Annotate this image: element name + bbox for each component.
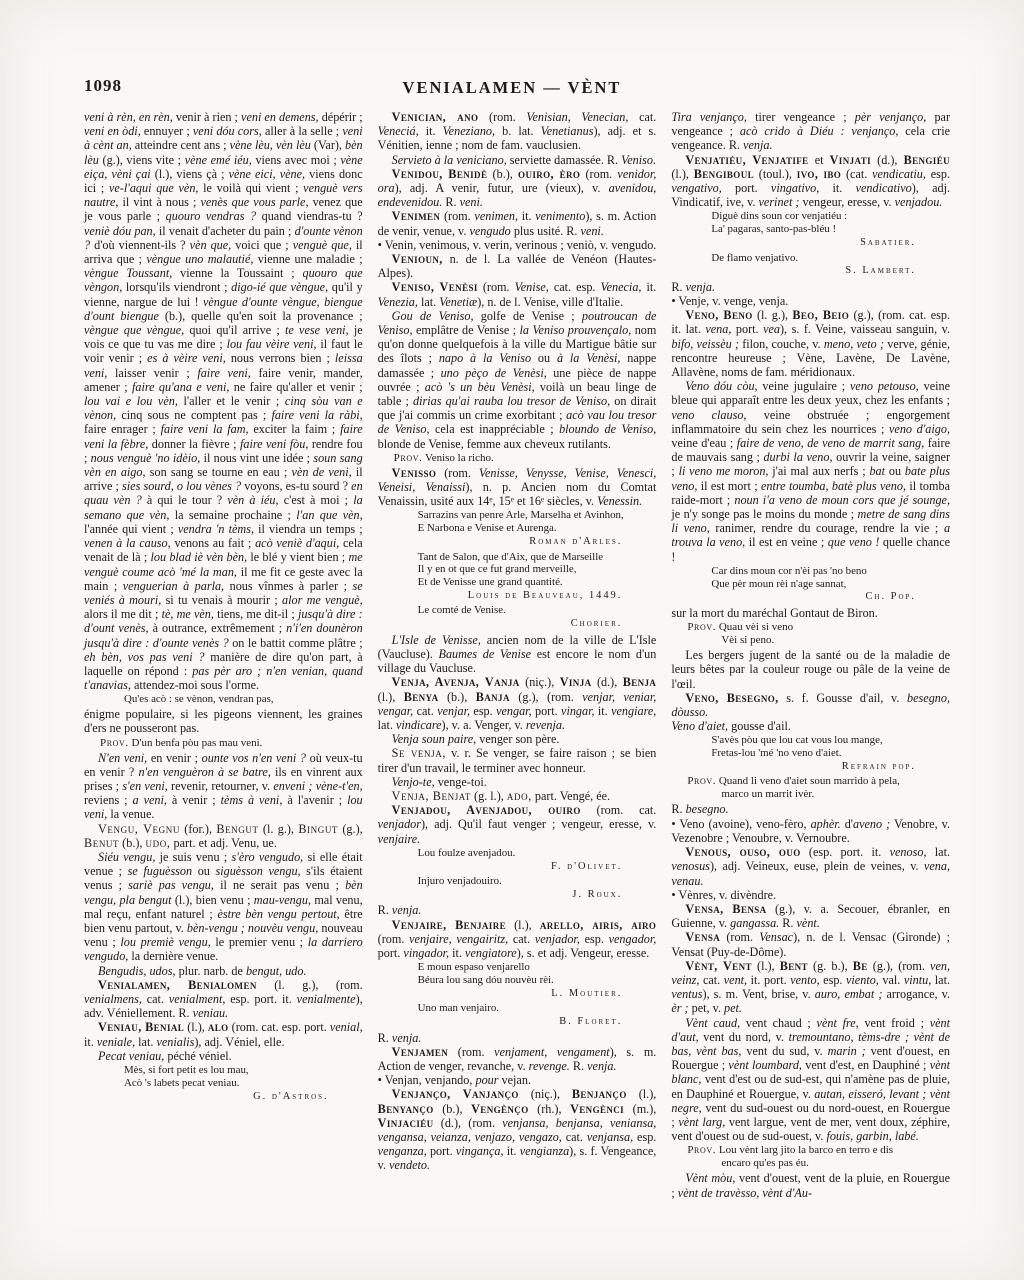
attribution: Sabatier. xyxy=(671,237,916,250)
paragraph: R. venja. xyxy=(671,280,950,294)
paragraph: Venjadou, Avenjadou, ouiro (rom. cat. ve… xyxy=(378,803,657,846)
verse-quote: Injuro venjadouiro. xyxy=(418,875,657,888)
paragraph: Venician, ano (rom. Venisian, Venecian, … xyxy=(378,110,657,153)
paragraph: Venimen (rom. venimen, it. venimento), s… xyxy=(378,209,657,237)
paragraph: sur la mort du maréchal Gontaut de Biron… xyxy=(671,606,950,620)
paragraph: Bengudis, udos, plur. narb. de bengut, u… xyxy=(84,964,363,978)
attribution: Louis de Beauveau, 1449. xyxy=(378,590,623,603)
paragraph: R. venja. xyxy=(378,903,657,917)
proverb: Prov. Lou vènt larg jito la barco en ter… xyxy=(687,1144,950,1170)
proverb: Prov. Quand li veno d'aiet soun marrido … xyxy=(687,775,950,801)
column-1: veni à rèn, en rèn, venir à rien ; veni … xyxy=(84,110,363,1200)
paragraph: Venous, ouso, ouo (esp. port. it. venoso… xyxy=(671,845,950,888)
paragraph: Veno d'aiet, gousse d'ail. xyxy=(671,719,950,733)
attribution: L. Moutier. xyxy=(378,988,623,1001)
text-line: Vèi si peno. xyxy=(721,634,950,647)
text-line: La' pagaras, santo-pas-bléu ! xyxy=(711,223,950,236)
verse-quote: Sarrazins van penre Arle, Marselha et Av… xyxy=(418,509,657,535)
text-line: Acò 's labets pecat veniau. xyxy=(124,1077,363,1090)
paragraph: • Venjan, venjando, pour vejan. xyxy=(378,1073,657,1087)
paragraph: Vènt caud, vent chaud ; vènt fre, vent f… xyxy=(671,1016,950,1144)
text-line: encaro qu'es pas éu. xyxy=(721,1157,950,1170)
verse-quote: Lou foulze avenjadou. xyxy=(418,847,657,860)
verse-quote: Qu'es acò : se vènon, vendran pas, xyxy=(124,693,363,706)
attribution: Chorier. xyxy=(378,618,623,631)
paragraph: Veno dóu còu, veine jugulaire ; veno pet… xyxy=(671,379,950,564)
paragraph: Veniau, Benial (l.), alo (rom. cat. esp.… xyxy=(84,1020,363,1048)
paragraph: Venjo-te, venge-toi. xyxy=(378,775,657,789)
attribution: F. d'Olivet. xyxy=(378,861,623,874)
paragraph: Venjamen (rom. venjament, vengament), s.… xyxy=(378,1045,657,1073)
paragraph: Vensa, Bensa (g.), v. a. Secouer, ébranl… xyxy=(671,902,950,930)
column-3: Tira venjanço, tirer vengeance ; pèr ven… xyxy=(671,110,950,1200)
paragraph: • Vènres, v. divèndre. xyxy=(671,888,950,902)
text-line: E Narbona e Venise et Aurenga. xyxy=(418,522,657,535)
paragraph: Venja, Avenja, Vanja (niç.), Vinja (d.),… xyxy=(378,675,657,732)
paragraph: Venioun, n. de l. La vallée de Venéon (H… xyxy=(378,252,657,280)
paragraph: L'Isle de Venisse, ancien nom de la vill… xyxy=(378,633,657,676)
paragraph: Venjaire, Benjaire (l.), arello, airis, … xyxy=(378,918,657,961)
text-line: Prov. Lou vènt larg jito la barco en ter… xyxy=(687,1144,950,1157)
paragraph: Pecat veniau, péché véniel. xyxy=(84,1049,363,1063)
text-line: marco un marrit ivèr. xyxy=(721,788,950,801)
paragraph: Siéu vengu, je suis venu ; s'èro vengudo… xyxy=(84,850,363,964)
text-line: Le comté de Venise. xyxy=(418,604,657,617)
text-line: Mès, si fort petit es lou mau, xyxy=(124,1064,363,1077)
paragraph: Veniso, Venèsi (rom. Venise, cat. esp. V… xyxy=(378,280,657,308)
text-line: E moun espaso venjarello xyxy=(418,961,657,974)
paragraph: R. besegno. xyxy=(671,802,950,816)
paragraph: • Venje, v. venge, venja. xyxy=(671,294,950,308)
paragraph: Vènt mòu, vent d'ouest, vent de la pluie… xyxy=(671,1171,950,1199)
paragraph: Vengu, Vegnu (for.), Bengut (l. g.), Bin… xyxy=(84,822,363,850)
paragraph: Veno, Besegno, s. f. Gousse d'ail, v. be… xyxy=(671,691,950,719)
verse-quote: De flamo venjativo. xyxy=(711,252,950,265)
running-head: VENIALAMEN — VÈNT xyxy=(0,78,1024,98)
text-line: Lou foulze avenjadou. xyxy=(418,847,657,860)
text-line: S'avès pòu que lou cat vous lou mange, xyxy=(711,734,950,747)
paragraph: Venja soun paire, venger son père. xyxy=(378,732,657,746)
paragraph: énigme populaire, si les pigeons viennen… xyxy=(84,707,363,735)
text-line: Diguè dins soun cor venjatiéu : xyxy=(711,210,950,223)
attribution: Refrain pop. xyxy=(671,761,916,774)
paragraph: Les bergers jugent de la santé ou de la … xyxy=(671,648,950,691)
verse-quote: Uno man venjairo. xyxy=(418,1002,657,1015)
paragraph: • Venin, venimous, v. verin, verinous ; … xyxy=(378,238,657,252)
paragraph: Servieto à la veniciano, serviette damas… xyxy=(378,153,657,167)
text-line: Prov. Quand li veno d'aiet soun marrido … xyxy=(687,775,950,788)
attribution: J. Roux. xyxy=(378,889,623,902)
paragraph: Gou de Veniso, golfe de Venise ; poutrou… xyxy=(378,309,657,451)
paragraph: R. venja. xyxy=(378,1031,657,1045)
text-line: Il y en ot que ce fut grand merveille, xyxy=(418,563,657,576)
verse-quote: S'avès pòu que lou cat vous lou mange,Fr… xyxy=(711,734,950,760)
proverb: Prov. D'un benfa pòu pas mau veni. xyxy=(100,737,363,750)
paragraph: Tira venjanço, tirer vengeance ; pèr ven… xyxy=(671,110,950,153)
text-line: Qu'es acò : se vènon, vendran pas, xyxy=(124,693,363,706)
text-columns: veni à rèn, en rèn, venir à rien ; veni … xyxy=(84,110,950,1200)
attribution: Roman d'Arles. xyxy=(378,536,623,549)
text-line: Béura lou sang dóu nouvèu rèi. xyxy=(418,974,657,987)
text-line: Car dins moun cor n'èi pas 'no beno xyxy=(711,565,950,578)
paragraph: Vènt, Vent (l.), Bent (g. b.), Be (g.), … xyxy=(671,959,950,1016)
attribution: B. Floret. xyxy=(378,1016,623,1029)
verse-quote: Tant de Salon, que d'Aix, que de Marseil… xyxy=(418,551,657,589)
text-line: Uno man venjairo. xyxy=(418,1002,657,1015)
paragraph: • Veno (avoine), veno-fèro, aphèr. d'ave… xyxy=(671,817,950,845)
attribution: G. d'Astros. xyxy=(84,1091,329,1104)
text-line: Prov. Quau vèi si veno xyxy=(687,621,950,634)
paragraph: veni à rèn, en rèn, venir à rien ; veni … xyxy=(84,110,363,692)
column-2: Venician, ano (rom. Venisian, Venecian, … xyxy=(378,110,657,1200)
paragraph: Venjatiéu, Venjatife et Vinjati (d.), Be… xyxy=(671,153,950,210)
paragraph: N'en veni, en venir ; ounte vos n'en ven… xyxy=(84,751,363,822)
text-line: Que pèr moun rèi n'age sannat, xyxy=(711,578,950,591)
text-line: Et de Venisse une grand quantité. xyxy=(418,576,657,589)
verse-quote: E moun espaso venjarelloBéura lou sang d… xyxy=(418,961,657,987)
paragraph: Venidou, Benidè (b.), ouiro, èro (rom. v… xyxy=(378,167,657,210)
attribution: S. Lambert. xyxy=(671,265,916,278)
verse-quote: Diguè dins soun cor venjatiéu :La' pagar… xyxy=(711,210,950,236)
verse-quote: Le comté de Venise. xyxy=(418,604,657,617)
paragraph: Se venja, v. r. Se venger, se faire rais… xyxy=(378,746,657,774)
text-line: Fretas-lou 'mé 'no veno d'aiet. xyxy=(711,747,950,760)
text-line: Injuro venjadouiro. xyxy=(418,875,657,888)
text-line: Tant de Salon, que d'Aix, que de Marseil… xyxy=(418,551,657,564)
paragraph: Venja, Benjat (g. l.), ado, part. Vengé,… xyxy=(378,789,657,803)
verse-quote: Car dins moun cor n'èi pas 'no benoQue p… xyxy=(711,565,950,591)
attribution: Ch. Pop. xyxy=(671,591,916,604)
paragraph: Venjanço, Vanjanço (niç.), Benjanço (l.)… xyxy=(378,1087,657,1172)
verse-quote: Mès, si fort petit es lou mau,Acò 's lab… xyxy=(124,1064,363,1090)
proverb: Prov. Veniso la richo. xyxy=(394,452,657,465)
paragraph: Venisso (rom. Venisse, Venysse, Venise, … xyxy=(378,466,657,509)
paragraph: Venialamen, Benialomen (l. g.), (rom. ve… xyxy=(84,978,363,1021)
dictionary-page-scan: 1098 VENIALAMEN — VÈNT veni à rèn, en rè… xyxy=(0,0,1024,1280)
paragraph: Vensa (rom. Vensac), n. de l. Vensac (Gi… xyxy=(671,930,950,958)
proverb: Prov. Quau vèi si venoVèi si peno. xyxy=(687,621,950,647)
paragraph: Veno, Beno (l. g.), Beo, Beio (g.), (rom… xyxy=(671,308,950,379)
text-line: Sarrazins van penre Arle, Marselha et Av… xyxy=(418,509,657,522)
text-line: De flamo venjativo. xyxy=(711,252,950,265)
